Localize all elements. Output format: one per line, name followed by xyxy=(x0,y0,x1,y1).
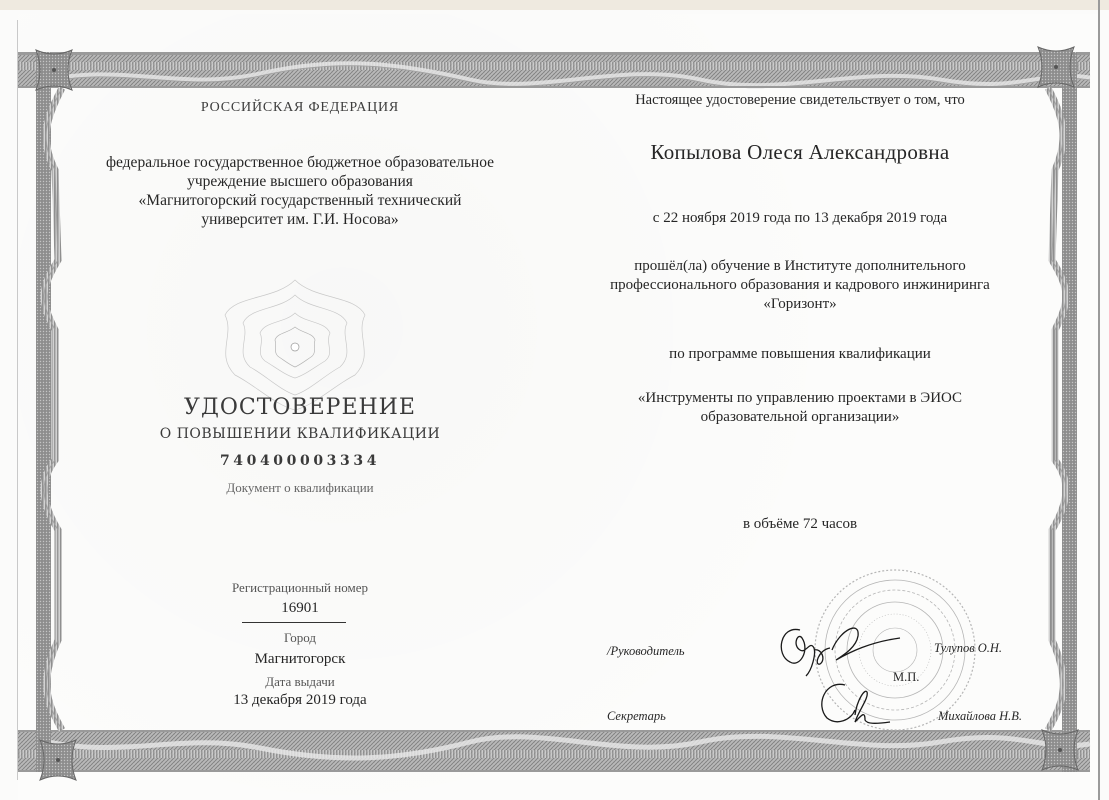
city-label: Город xyxy=(190,630,410,646)
registration-number: 16901 xyxy=(190,600,410,617)
seal-mark: М.П. xyxy=(893,670,919,685)
institution-line: «Горизонт» xyxy=(560,295,1040,314)
training-institution: прошёл(ла) обучение в Институте дополнит… xyxy=(560,257,1040,314)
institution-line: прошёл(ла) обучение в Институте дополнит… xyxy=(560,257,1040,276)
program-line: «Инструменты по управлению проектами в Э… xyxy=(560,389,1040,408)
city-value: Магнитогорск xyxy=(190,651,410,668)
organization-line: университет им. Г.И. Носова» xyxy=(70,210,530,229)
secretary-name: Михайлова Н.В. xyxy=(938,709,1022,724)
program-name: «Инструменты по управлению проектами в Э… xyxy=(560,389,1040,427)
head-role-label: /Руководитель xyxy=(607,644,685,659)
program-label: по программе повышения квалификации xyxy=(560,346,1040,363)
organization-line: федеральное государственное бюджетное об… xyxy=(70,153,530,172)
head-name: Тулупов О.Н. xyxy=(934,641,1002,656)
program-line: образовательной организации» xyxy=(560,408,1040,427)
institution-line: профессионального образования и кадровог… xyxy=(560,276,1040,295)
registration-label: Регистрационный номер xyxy=(190,580,410,596)
country-heading: РОССИЙСКАЯ ФЕДЕРАЦИЯ xyxy=(70,100,530,116)
organization-name: федеральное государственное бюджетное об… xyxy=(70,153,530,229)
certificate-intro: Настоящее удостоверение свидетельствует … xyxy=(560,92,1040,109)
secretary-signature-icon xyxy=(815,680,905,735)
issue-date-label: Дата выдачи xyxy=(190,674,410,690)
issue-date-value: 13 декабря 2019 года xyxy=(190,692,410,709)
document-subtitle: О ПОВЫШЕНИИ КВАЛИФИКАЦИИ xyxy=(140,426,460,442)
head-signature-icon xyxy=(770,620,910,685)
document-title: УДОСТОВЕРЕНИЕ xyxy=(160,395,440,420)
secretary-role-label: Секретарь xyxy=(607,709,666,724)
holder-name: Копылова Олеся Александровна xyxy=(560,140,1040,165)
document-number: 740400003334 xyxy=(160,453,440,469)
organization-line: учреждение высшего образования xyxy=(70,172,530,191)
registration-divider xyxy=(242,622,346,623)
document-kind: Документ о квалификации xyxy=(160,480,440,496)
program-hours: в объёме 72 часов xyxy=(560,516,1040,533)
training-period: с 22 ноября 2019 года по 13 декабря 2019… xyxy=(560,210,1040,227)
organization-line: «Магнитогорский государственный техничес… xyxy=(70,191,530,210)
